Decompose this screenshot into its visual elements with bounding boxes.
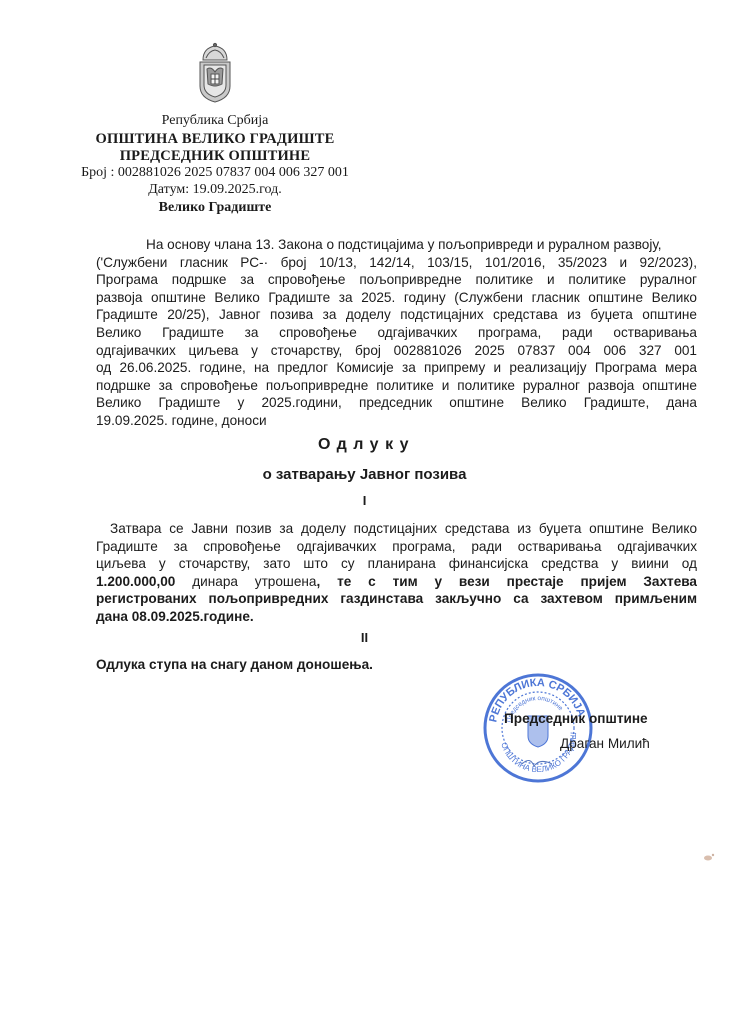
article-1-bold-text: , те с тим у вези престаје пријем Захтев… [316, 574, 697, 589]
article-1-line: Затвара се Јавни позив за доделу подстиц… [96, 520, 697, 538]
decision-title: Одлуку [0, 436, 729, 454]
section-number-2: II [0, 630, 729, 645]
official-stamp-icon: РЕПУБЛИКА СРБИЈА Председник општине ОПШТ… [482, 672, 594, 784]
preamble-line: На основу члана 13. Закона о подстицајим… [96, 236, 697, 254]
section-number-1: I [0, 493, 729, 508]
header-number: Број : 002881026 2025 07837 004 006 327 … [55, 165, 375, 181]
document-page: Република Србија ОПШТИНА ВЕЛИКО ГРАДИШТЕ… [0, 0, 729, 1030]
article-1-line-amount: 1.200.000,00 динара утрошена, те с тим у… [96, 573, 697, 591]
amount-value: 1.200.000,00 [96, 574, 175, 589]
article-1-paragraph: Затвара се Јавни позив за доделу подстиц… [96, 520, 697, 626]
preamble-line: одгајивачких циљева у сточарству, број 0… [96, 342, 697, 360]
preamble-line: подршке за спровођење пољопривредне поли… [96, 377, 697, 395]
preamble-line: Градиште 20/25), Јавног позива за доделу… [96, 306, 697, 324]
header-municipality: ОПШТИНА ВЕЛИКО ГРАДИШТЕ [60, 131, 370, 148]
header-office: ПРЕДСЕДНИК ОПШТИНЕ [60, 148, 370, 165]
header-place: Велико Градиште [60, 200, 370, 216]
header-country: Република Србија [60, 113, 370, 129]
article-1-line-bold: регистрованих пољопривредних газдинстава… [96, 590, 697, 608]
serbia-coat-of-arms-icon [195, 42, 235, 104]
preamble-line: ('Службени гласник РС-· број 10/13, 142/… [96, 254, 697, 272]
signatory-title: Председник општине [504, 711, 648, 726]
amount-text: динара утрошена [175, 574, 316, 589]
preamble-line: Програма подршке за спровођење пољопривр… [96, 271, 697, 289]
preamble-line: Велико Градиште у 2025.години, председни… [96, 394, 697, 412]
decision-subtitle: о затварању Јавног позива [0, 466, 729, 483]
article-2-text: Одлука ступа на снагу даном доношења. [96, 657, 373, 672]
scan-spot-mark [703, 853, 715, 862]
article-1-line-bold: дана 08.09.2025.године. [96, 608, 697, 626]
signatory-name: Драган Милић [560, 736, 650, 751]
preamble-line: Велико Градиште за спровођење одгајивачк… [96, 324, 697, 342]
preamble-line: од 26.06.2025. године, на предлог Комиси… [96, 359, 697, 377]
preamble-line: развоја општине Велико Градиште за 2025.… [96, 289, 697, 307]
header-date: Датум: 19.09.2025.год. [60, 182, 370, 198]
preamble-paragraph: На основу члана 13. Закона о подстицајим… [96, 236, 697, 430]
article-1-line: Градиште за спровођење одгајивачких прог… [96, 538, 697, 556]
preamble-line: 19.09.2025. године, доноси [96, 412, 697, 430]
article-1-line: циљева у сточарству, зато што су планира… [96, 555, 697, 573]
